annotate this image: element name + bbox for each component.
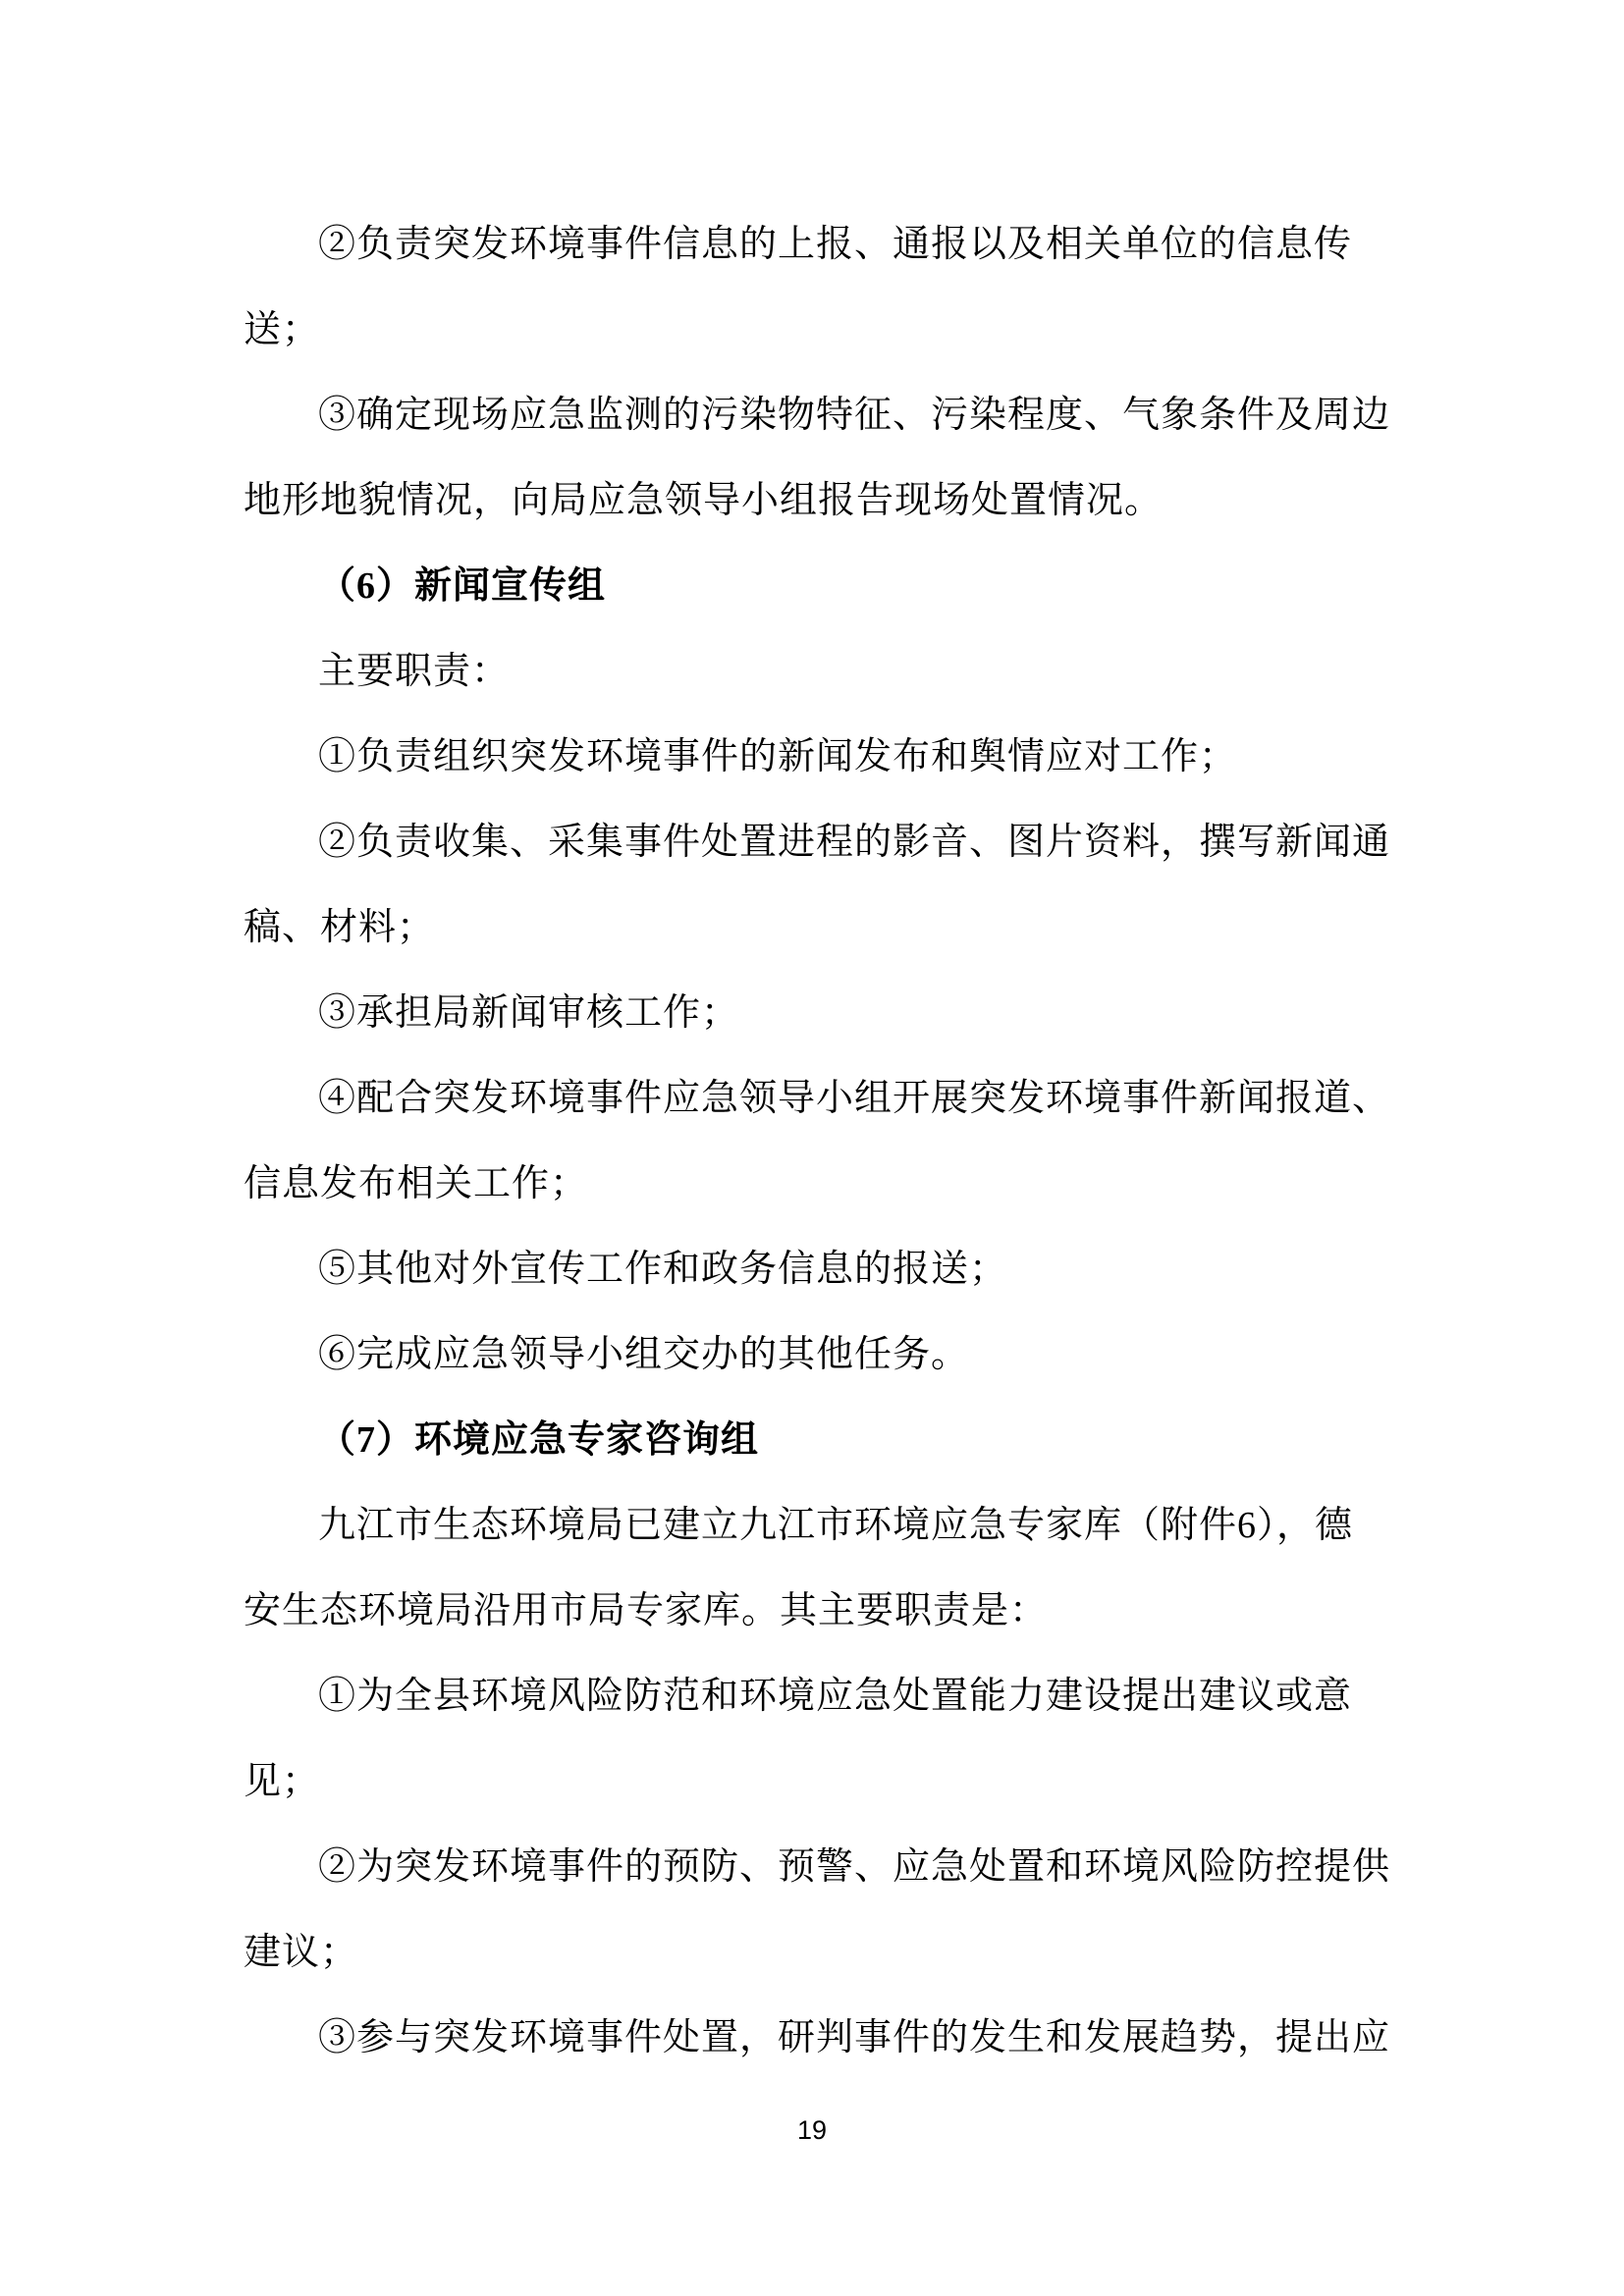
paragraph-duty-2: ②负责收集、采集事件处置进程的影音、图片资料，撰写新闻通 稿、材料； [244,800,1392,971]
section-heading-7: （7）环境应急专家咨询组 [244,1398,1392,1483]
document-page: ②负责突发环境事件信息的上报、通报以及相关单位的信息传 送； ③确定现场应急监测… [0,0,1624,2296]
paragraph-duty-3: ③承担局新闻审核工作； [244,971,1392,1056]
page-number: 19 [0,2112,1624,2148]
paragraph-duty-5: ⑤其他对外宣传工作和政务信息的报送； [244,1227,1392,1312]
paragraph-duties-label: 主要职责： [244,629,1392,715]
paragraph-expert-duty-2: ②为突发环境事件的预防、预警、应急处置和环境风险防控提供 建议； [244,1825,1392,1996]
section-heading-6: （6）新闻宣传组 [244,544,1392,629]
paragraph-expert-duty-3: ③参与突发环境事件处置，研判事件的发生和发展趋势，提出应 [244,1996,1392,2081]
paragraph-duty-4: ④配合突发环境事件应急领导小组开展突发环境事件新闻报道、 信息发布相关工作； [244,1056,1392,1227]
paragraph-duty-6: ⑥完成应急领导小组交办的其他任务。 [244,1312,1392,1398]
document-body: ②负责突发环境事件信息的上报、通报以及相关单位的信息传 送； ③确定现场应急监测… [244,202,1392,2081]
paragraph-item-3: ③确定现场应急监测的污染物特征、污染程度、气象条件及周边 地形地貌情况，向局应急… [244,373,1392,544]
paragraph-duty-1: ①负责组织突发环境事件的新闻发布和舆情应对工作； [244,715,1392,800]
paragraph-item-2: ②负责突发环境事件信息的上报、通报以及相关单位的信息传 送； [244,202,1392,373]
paragraph-expert-duty-1: ①为全县环境风险防范和环境应急处置能力建设提出建议或意 见； [244,1654,1392,1825]
paragraph-expert-intro: 九江市生态环境局已建立九江市环境应急专家库（附件6），德 安生态环境局沿用市局专… [244,1483,1392,1654]
